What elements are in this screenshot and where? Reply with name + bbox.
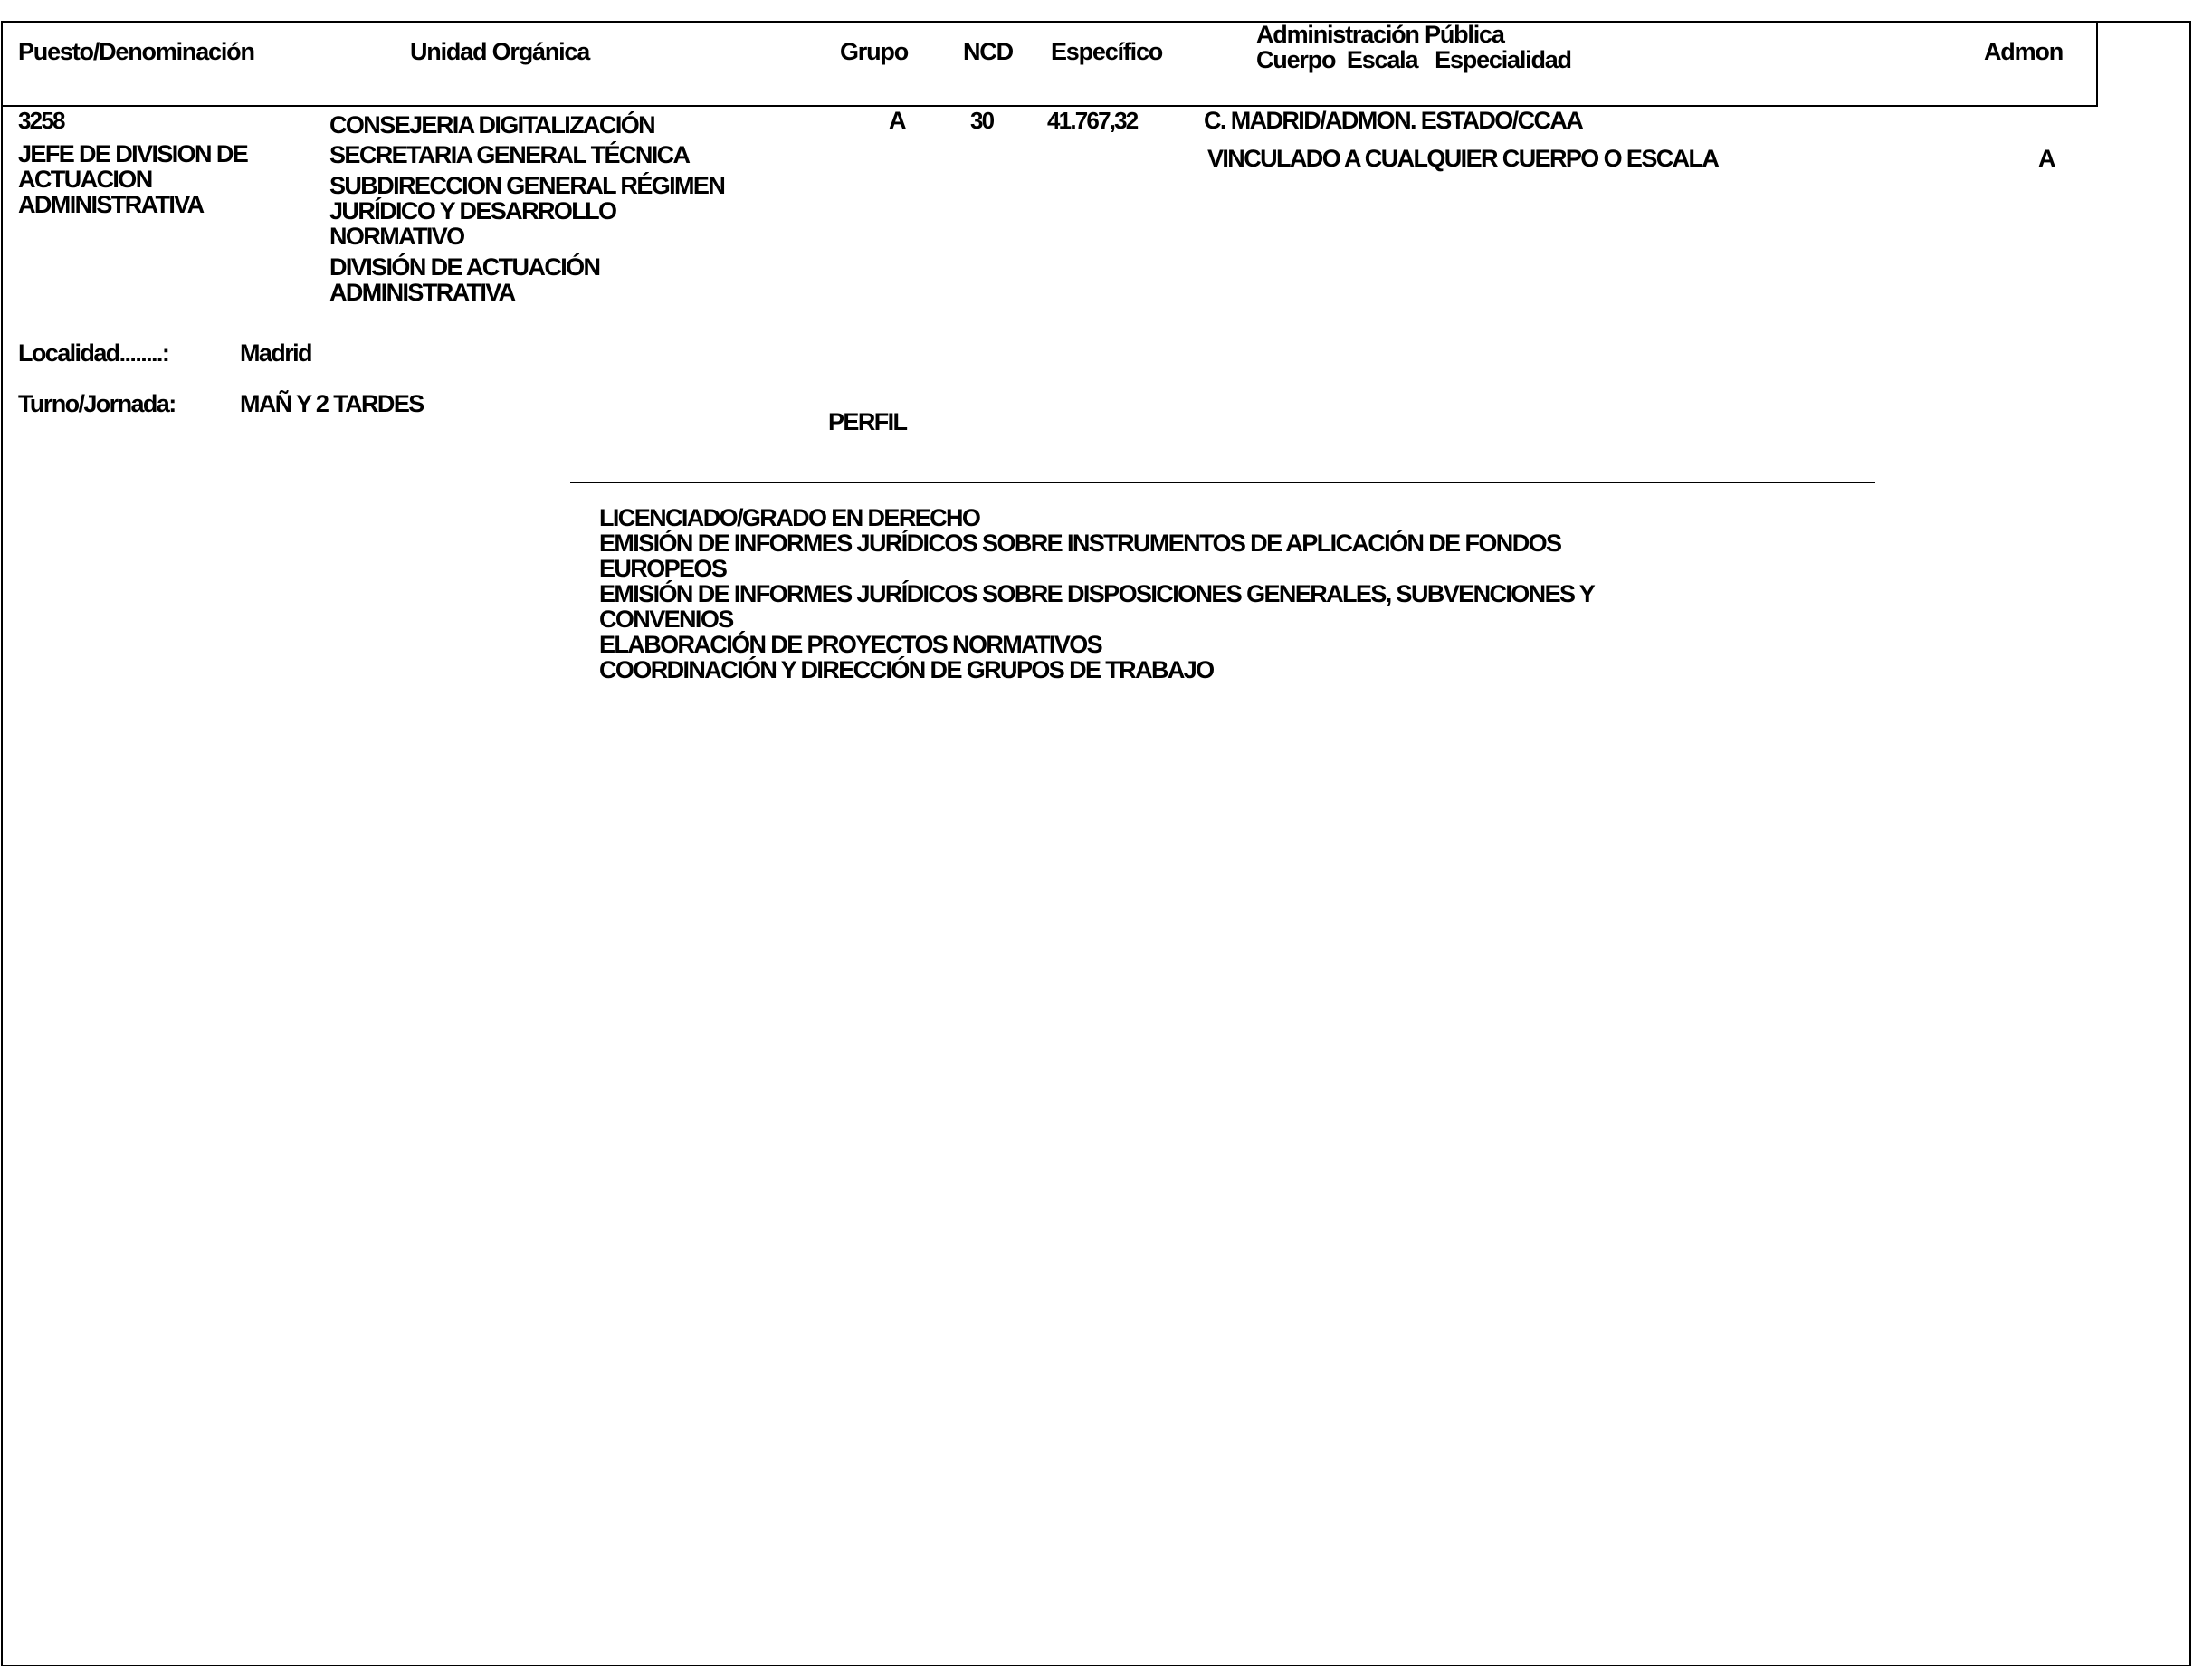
header-admon: Admon [1984,39,2063,64]
perfil-line: LICENCIADO/GRADO EN DERECHO [599,505,1594,530]
localidad-label: Localidad........: [18,340,168,366]
unidad-division: DIVISIÓN DE ACTUACIÓN ADMINISTRATIVA [329,254,599,305]
turno-value: MAÑ Y 2 TARDES [240,391,424,416]
header-admin-publica: Administración Pública [1256,22,1504,47]
header-puesto: Puesto/Denominación [18,39,254,64]
turno-label: Turno/Jornada: [18,391,176,416]
unidad-line: NORMATIVO [329,224,724,249]
administracion-value: C. MADRID/ADMON. ESTADO/CCAA [1204,108,1582,133]
unidad-line: JURÍDICO Y DESARROLLO [329,198,724,224]
perfil-line: EUROPEOS [599,556,1594,581]
header-unidad: Unidad Orgánica [410,39,589,64]
puesto-codigo: 3258 [18,108,64,133]
denominacion-line: JEFE DE DIVISION DE [18,141,247,167]
grupo-value: A [889,108,905,133]
unidad-line: ADMINISTRATIVA [329,280,599,305]
unidad-subdireccion: SUBDIRECCION GENERAL RÉGIMEN JURÍDICO Y … [329,173,724,249]
unidad-line: SECRETARIA GENERAL TÉCNICA [329,142,689,167]
perfil-line: EMISIÓN DE INFORMES JURÍDICOS SOBRE DISP… [599,581,1594,606]
puesto-denominacion: JEFE DE DIVISION DE ACTUACION ADMINISTRA… [18,141,247,217]
header-grupo: Grupo [840,39,908,64]
perfil-title: PERFIL [828,409,906,434]
perfil-line: EMISIÓN DE INFORMES JURÍDICOS SOBRE INST… [599,530,1594,556]
especifico-value: 41.767,32 [1047,108,1137,133]
unidad-line: CONSEJERIA DIGITALIZACIÓN [329,112,654,138]
perfil-line: CONVENIOS [599,606,1594,632]
table-header-box [1,21,2098,107]
perfil-line: ELABORACIÓN DE PROYECTOS NORMATIVOS [599,632,1594,657]
header-ncd: NCD [963,39,1013,64]
perfil-list: LICENCIADO/GRADO EN DERECHO EMISIÓN DE I… [599,505,1594,682]
unidad-line: SUBDIRECCION GENERAL RÉGIMEN [329,173,724,198]
admon-value: A [2038,146,2055,171]
header-cuerpo-escala: Cuerpo Escala Especialidad [1256,47,1571,72]
denominacion-line: ADMINISTRATIVA [18,192,247,217]
header-especifico: Específico [1051,39,1162,64]
perfil-divider [570,482,1875,483]
localidad-value: Madrid [240,340,311,366]
unidad-line: DIVISIÓN DE ACTUACIÓN [329,254,599,280]
perfil-line: COORDINACIÓN Y DIRECCIÓN DE GRUPOS DE TR… [599,657,1594,682]
denominacion-line: ACTUACION [18,167,247,192]
ncd-value: 30 [970,108,993,133]
cuerpo-value: VINCULADO A CUALQUIER CUERPO O ESCALA [1207,146,1718,171]
